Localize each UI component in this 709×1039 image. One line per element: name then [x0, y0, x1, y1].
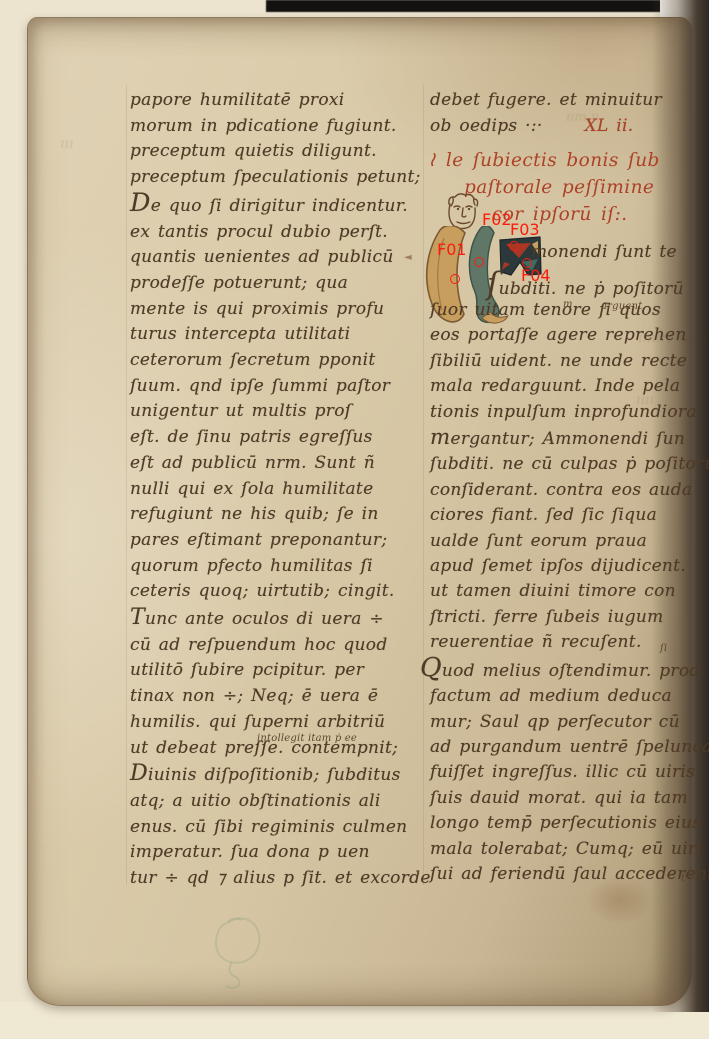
- text-line: imperatur. ſua dona p uen: [130, 840, 426, 866]
- text-line: prodeſſe potuerunt; qua: [130, 271, 426, 297]
- text-line: conſiderant. contra eos auda: [430, 478, 702, 503]
- annotation-point-f02[interactable]: [474, 257, 484, 267]
- show-through-marks: ııı: [60, 136, 73, 152]
- text-line: preceptum quietis diligunt.: [130, 139, 426, 165]
- column-ruling-line: [126, 85, 127, 885]
- annotation-point-f01[interactable]: [450, 274, 460, 284]
- text-line: ualde ſunt eorum praua: [430, 529, 702, 554]
- text-line: mur; Saul qp perſecutor cū: [430, 710, 702, 735]
- chapter-number: XL ii.: [585, 116, 634, 136]
- text-line: mente is qui proximis profu: [130, 297, 426, 323]
- interlinear-gloss: ſi: [660, 643, 667, 654]
- text-line: ciores fiant. ſed ſic ſiqua: [430, 503, 702, 528]
- annotation-label-f03[interactable]: F03: [510, 220, 540, 239]
- text-line: De quo ſi dirigitur indicentur.: [130, 191, 426, 220]
- interlinear-gloss: intollegit itam ṗ ee: [257, 733, 357, 744]
- rubric-line: paſtorale peſſimine: [464, 174, 698, 201]
- text-line: ſuum. qnd ipſe ſummi paſtor: [130, 374, 426, 400]
- text-line: ceteris quoq; uirtutib; cingit.: [130, 579, 426, 605]
- text-line: ad purgandum uentrē ſpelunca: [430, 735, 702, 760]
- text-line: ceterorum ſecretum pponit: [130, 348, 426, 374]
- annotation-label-f02[interactable]: F02: [482, 210, 512, 229]
- scan-background-strip: [266, 0, 664, 12]
- text-line: ſubditi. ne ṗ poſitorū: [487, 267, 684, 302]
- text-line: ſui ad feriendū ſaul accederent: [430, 862, 702, 887]
- offset-doodle: [192, 908, 287, 993]
- underlying-page: [0, 1002, 709, 1039]
- text-line: apud ſemet ipſos dijudicent.: [430, 554, 702, 579]
- text-line: ut tamen diuini timore con: [430, 579, 702, 604]
- text-line: ex tantis procul dubio perſt.: [130, 220, 426, 246]
- text-line: monendi ſunt te: [531, 242, 677, 262]
- text-line: Diuinis diſpoſitionib; ſubditus: [130, 761, 426, 789]
- text-line: pares eſtimant preponantur;: [130, 528, 426, 554]
- annotation-label-f04[interactable]: F04: [521, 266, 551, 285]
- text-line: eos portaſſe agere reprehen: [430, 323, 702, 348]
- text-line: morum in pdicatione fugiunt.: [130, 114, 426, 140]
- text-line: ob oedips ·:·XL ii.: [430, 114, 698, 140]
- rubric-line: le ſubiectis bonis ſub: [428, 146, 698, 174]
- text-line: eſt. de ſinu patris egreſſus: [130, 425, 426, 451]
- text-line: humilis. qui ſuperni arbitriū: [130, 710, 426, 736]
- annotation-point-f04[interactable]: [522, 258, 532, 268]
- text-line: refugiunt ne his quib; ſe in: [130, 502, 426, 528]
- text-line: tinax non ÷; Neq; ē uera ē: [130, 684, 426, 710]
- text-line: tur ÷ qd ⁊ alius p ſit. et excorde: [130, 866, 426, 892]
- annotation-label-f01[interactable]: F01: [437, 240, 467, 259]
- text-line: factum ad medium deduca: [430, 684, 702, 709]
- text-line: cū ad reſpuendum hoc quod: [130, 633, 426, 659]
- text-line: ſtricti. ferre ſubeis iugum: [430, 605, 702, 630]
- text-line: longo temp̄ perſecutionis eius: [430, 811, 702, 836]
- text-line: utilitō ſubire pcipitur. per: [130, 658, 426, 684]
- text-line: mala redarguunt. Inde pela: [430, 374, 702, 399]
- text-line: quantis uenientes ad publicū: [130, 245, 426, 271]
- annotation-point-f03[interactable]: [509, 241, 519, 251]
- line-filler-mark: t·−: [681, 873, 697, 884]
- text-line: papore humilitatē proxi: [130, 88, 426, 114]
- text-line: Tunc ante oculos di uera ÷: [130, 605, 426, 633]
- text-line: atq; a uitio obſtinationis ali: [130, 789, 426, 815]
- text-line: ſuis dauid morat. qui ia tam: [430, 786, 702, 811]
- text-line: turus intercepta utilitati: [130, 322, 426, 348]
- text-line: debet fugere. et minuitur: [430, 88, 698, 114]
- text-line: quorum pfecto humilitas ſi: [130, 554, 426, 580]
- text-line-fragment: ob oedips ·:·: [430, 116, 543, 136]
- text-line: mergantur; Ammonendi ſun: [430, 425, 702, 452]
- text-line: tionis inpulſum inprofundiora: [430, 400, 702, 425]
- text-line: Quod melius oſtendimur. prod: [420, 656, 702, 684]
- text-line: enus. cū ſibi regiminis culmen: [130, 815, 426, 841]
- right-column-intro: debet fugere. et minuitur ob oedips ·:·X…: [430, 88, 698, 139]
- text-line: ſibiliū uident. ne unde recte: [430, 349, 702, 374]
- left-text-column: papore humilitatē proximorum in pdicatio…: [130, 88, 426, 892]
- text-line: mala tolerabat; Cumq; eū uiri: [430, 837, 702, 862]
- marginal-nota-mark: ◄: [404, 252, 412, 263]
- interlinear-gloss: arguant: [601, 301, 642, 312]
- text-line: ſubditi. ne cū culpas ṗ poſitorū: [430, 452, 702, 477]
- text-line: preceptum ſpeculationis petunt;: [130, 165, 426, 191]
- interlinear-gloss: m: [563, 299, 573, 310]
- right-text-column: ſuor uitam tenore ſi quoseos portaſſe ag…: [430, 298, 702, 887]
- text-line: nulli qui ex ſola humilitate: [130, 477, 426, 503]
- text-line: unigentur ut multis proſ: [130, 399, 426, 425]
- text-line: eſt ad publicū nrm. Sunt ñ: [130, 451, 426, 477]
- text-line: fuiſſet ingreſſus. illic cū uiris: [430, 760, 702, 785]
